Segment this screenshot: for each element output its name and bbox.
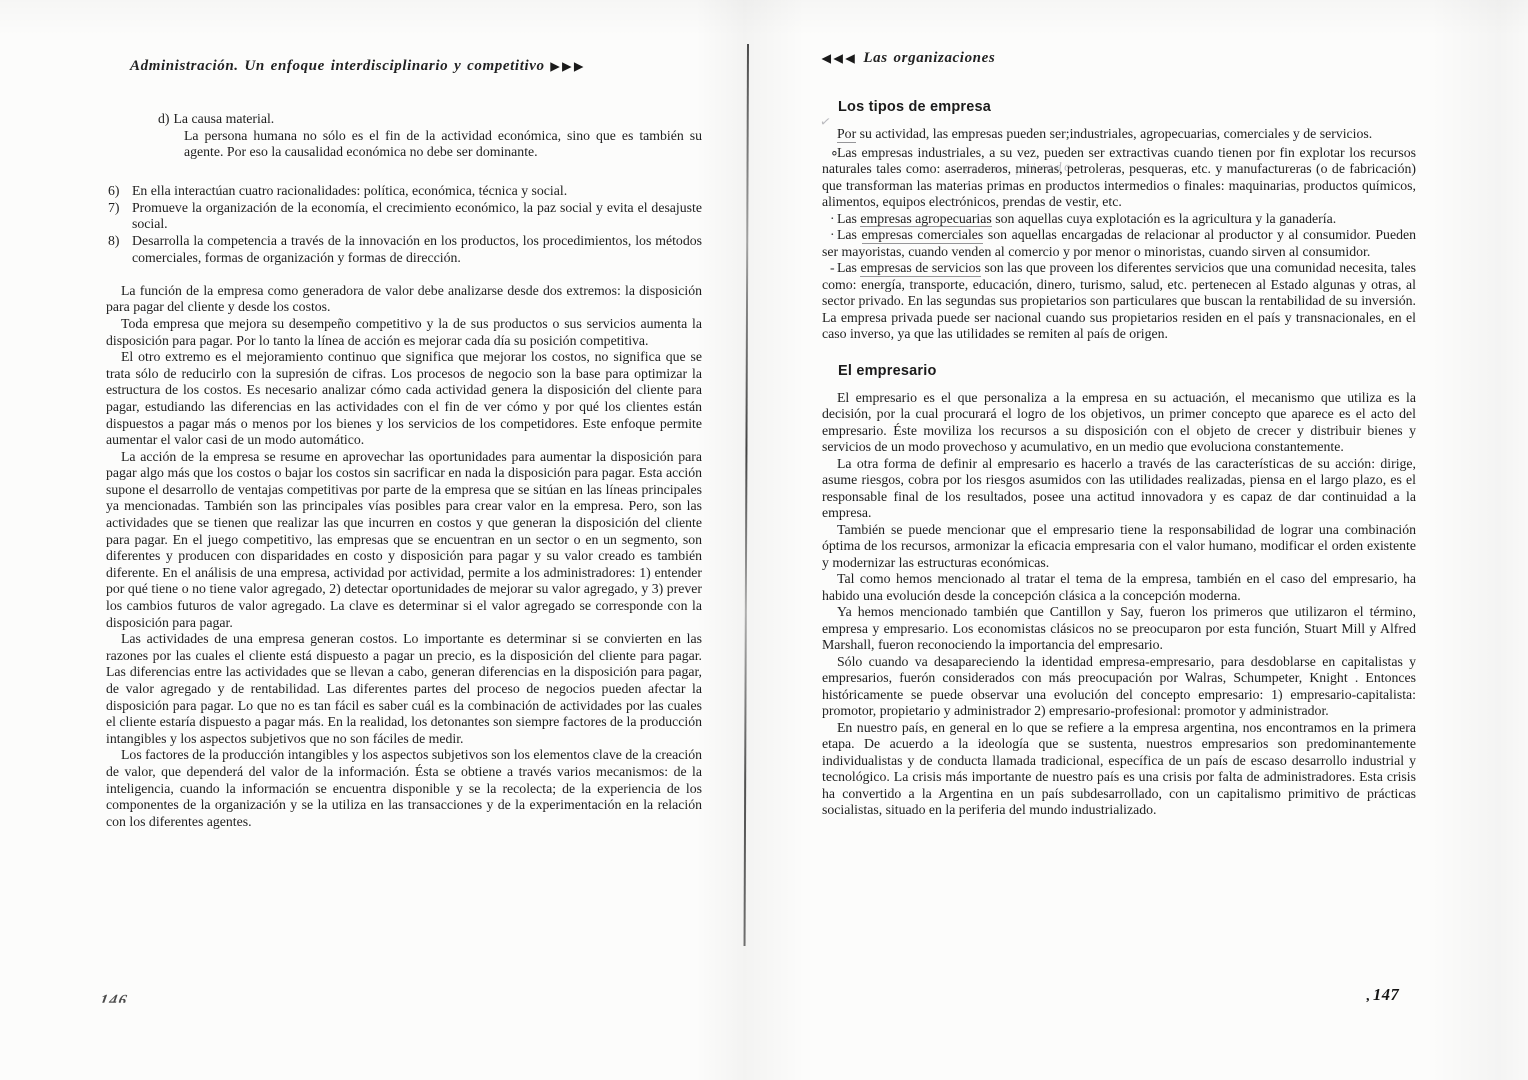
bullet-empresas-industriales: ∘Las empresas industriales, a su vez, pu… [822,145,1418,211]
bullet-text: Las empresas industriales, a su vez, pue… [822,145,1416,210]
paragraph: Las actividades de una empresa generan c… [106,631,704,747]
item-d-title-text: La causa material. [174,111,275,126]
paragraph: También se puede mencionar que el empres… [822,522,1418,572]
bullet-empresas-comerciales: ·Las empresas comerciales son aquellas e… [822,227,1418,260]
bullet-marker: · [826,227,837,244]
paragraph: Toda empresa que mejora su desempeño com… [106,316,704,349]
item-number: 6) [106,183,132,200]
paragraph: El empresario es el que personaliza a la… [822,390,1418,456]
paragraph: Los factores de la producción intangible… [106,747,704,830]
forward-arrows-icon: ▶▶▶ [550,61,586,73]
right-page: ◀◀◀ Las organizaciones ✓ Los tipos de em… [822,50,1418,819]
scanned-book-spread: { "left_page": { "running_head": "Admini… [0,0,1528,1080]
paragraph: En nuestro país, en general en lo que se… [822,720,1418,819]
back-arrows-icon: ◀◀◀ [822,53,858,65]
bullet-empresas-de-servicios: -Las empresas de servicios son las que p… [822,260,1418,343]
paragraph: Tal como hemos mencionado al tratar el t… [822,571,1418,604]
intro-paragraph: Por su actividad, las empresas pueden se… [822,126,1418,143]
paragraph: La otra forma de definir al empresario e… [822,456,1418,522]
section-title-el-empresario: El empresario [838,363,1418,379]
lettered-item-d-title: d)La causa material. [106,111,704,128]
page-number-mark: , [1366,989,1370,1004]
company-types-list: ∘Las empresas industriales, a su vez, pu… [822,145,1418,343]
bullet-text: Las empresas comerciales son aquellas en… [822,227,1416,259]
scan-shadow-right-edge [1430,0,1528,1080]
numbered-item-6: 6) En ella interactúan cuatro racionalid… [106,183,704,200]
right-page-number: ,147 [1366,985,1399,1005]
section-title-tipos-de-empresa: Los tipos de empresa [838,99,1418,115]
paragraph: Ya hemos mencionado también que Cantillo… [822,604,1418,654]
left-running-head: Administración. Un enfoque interdiscipli… [130,58,704,75]
numbered-list: 6) En ella interactúan cuatro racionalid… [106,183,704,267]
item-text: Promueve la organización de la economía,… [132,200,704,234]
item-text: Desarrolla la competencia a través de la… [132,233,704,267]
left-page-number: 146 [98,992,129,1010]
numbered-item-7: 7) Promueve la organización de la econom… [106,200,704,234]
bullet-text: Las empresas agropecuarias son aquellas … [837,211,1336,228]
paragraph: Sólo cuando va desapareciendo la identid… [822,654,1418,720]
left-body-paragraphs: La función de la empresa como generadora… [106,283,704,831]
left-running-head-title: Administración. Un enfoque interdiscipli… [130,58,545,74]
item-number: 8) [106,233,132,267]
item-d-label: d) [158,111,170,126]
paragraph: La acción de la empresa se resume en apr… [106,449,704,632]
handwritten-annotation: sector privado. [964,159,1079,177]
numbered-item-8: 8) Desarrolla la competencia a través de… [106,233,704,267]
item-text: En ella interactúan cuatro racionalidade… [132,183,704,200]
bullet-text: Las empresas de servicios son las que pr… [822,260,1416,341]
right-running-head: ◀◀◀ Las organizaciones [822,50,1418,67]
bullet-marker: · [826,211,837,228]
item-number: 7) [106,200,132,234]
page-number-value: 147 [1373,985,1399,1004]
left-page: Administración. Un enfoque interdiscipli… [106,58,704,830]
paragraph: La función de la empresa como generadora… [106,283,704,316]
empresario-paragraphs: El empresario es el que personaliza a la… [822,390,1418,819]
bullet-marker: - [826,260,837,277]
right-running-head-title: Las organizaciones [863,50,995,66]
scan-shadow-top [0,0,1528,36]
lettered-item-d: d)La causa material. La persona humana n… [106,111,704,161]
scan-shadow-gutter [695,0,805,1080]
paragraph: El otro extremo es el mejoramiento conti… [106,349,704,449]
bullet-marker: ∘ [826,145,837,162]
item-d-body: La persona humana no sólo es el fin de l… [106,128,704,161]
bullet-empresas-agropecuarias: ·Las empresas agropecuarias son aquellas… [822,211,1418,228]
